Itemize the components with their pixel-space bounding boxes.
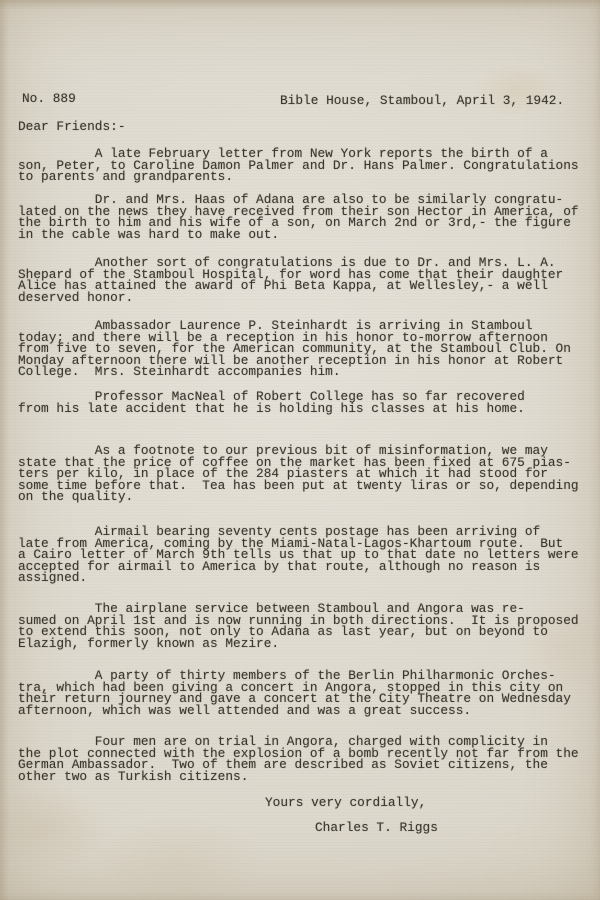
paragraph-bomb-trial: Four men are on trial in Angora, charged… [18, 736, 592, 782]
salutation: Dear Friends:- [18, 121, 126, 133]
letter-number: No. 889 [22, 93, 76, 105]
paragraph-coffee-prices: As a footnote to our previous bit of mis… [18, 445, 592, 503]
signature: Charles T. Riggs [315, 822, 438, 834]
paragraph-professor-macneal: Professor MacNeal of Robert College has … [18, 391, 592, 414]
closing: Yours very cordially, [265, 797, 426, 809]
letter-page: No. 889 Bible House, Stamboul, April 3, … [0, 0, 600, 900]
paragraph-birth-announcement: A late February letter from New York rep… [18, 148, 592, 183]
letter-dateline: Bible House, Stamboul, April 3, 1942. [280, 95, 564, 107]
paragraph-haas-congratulations: Dr. and Mrs. Haas of Adana are also to b… [18, 194, 592, 240]
paragraph-airplane-service: The airplane service between Stamboul an… [18, 603, 592, 649]
paragraph-airmail: Airmail bearing seventy cents postage ha… [18, 526, 592, 584]
paragraph-shepard-phi-beta-kappa: Another sort of congratulations is due t… [18, 257, 592, 303]
paragraph-ambassador-steinhardt: Ambassador Laurence P. Steinhardt is arr… [18, 320, 592, 378]
paragraph-berlin-philharmonic: A party of thirty members of the Berlin … [18, 670, 592, 716]
